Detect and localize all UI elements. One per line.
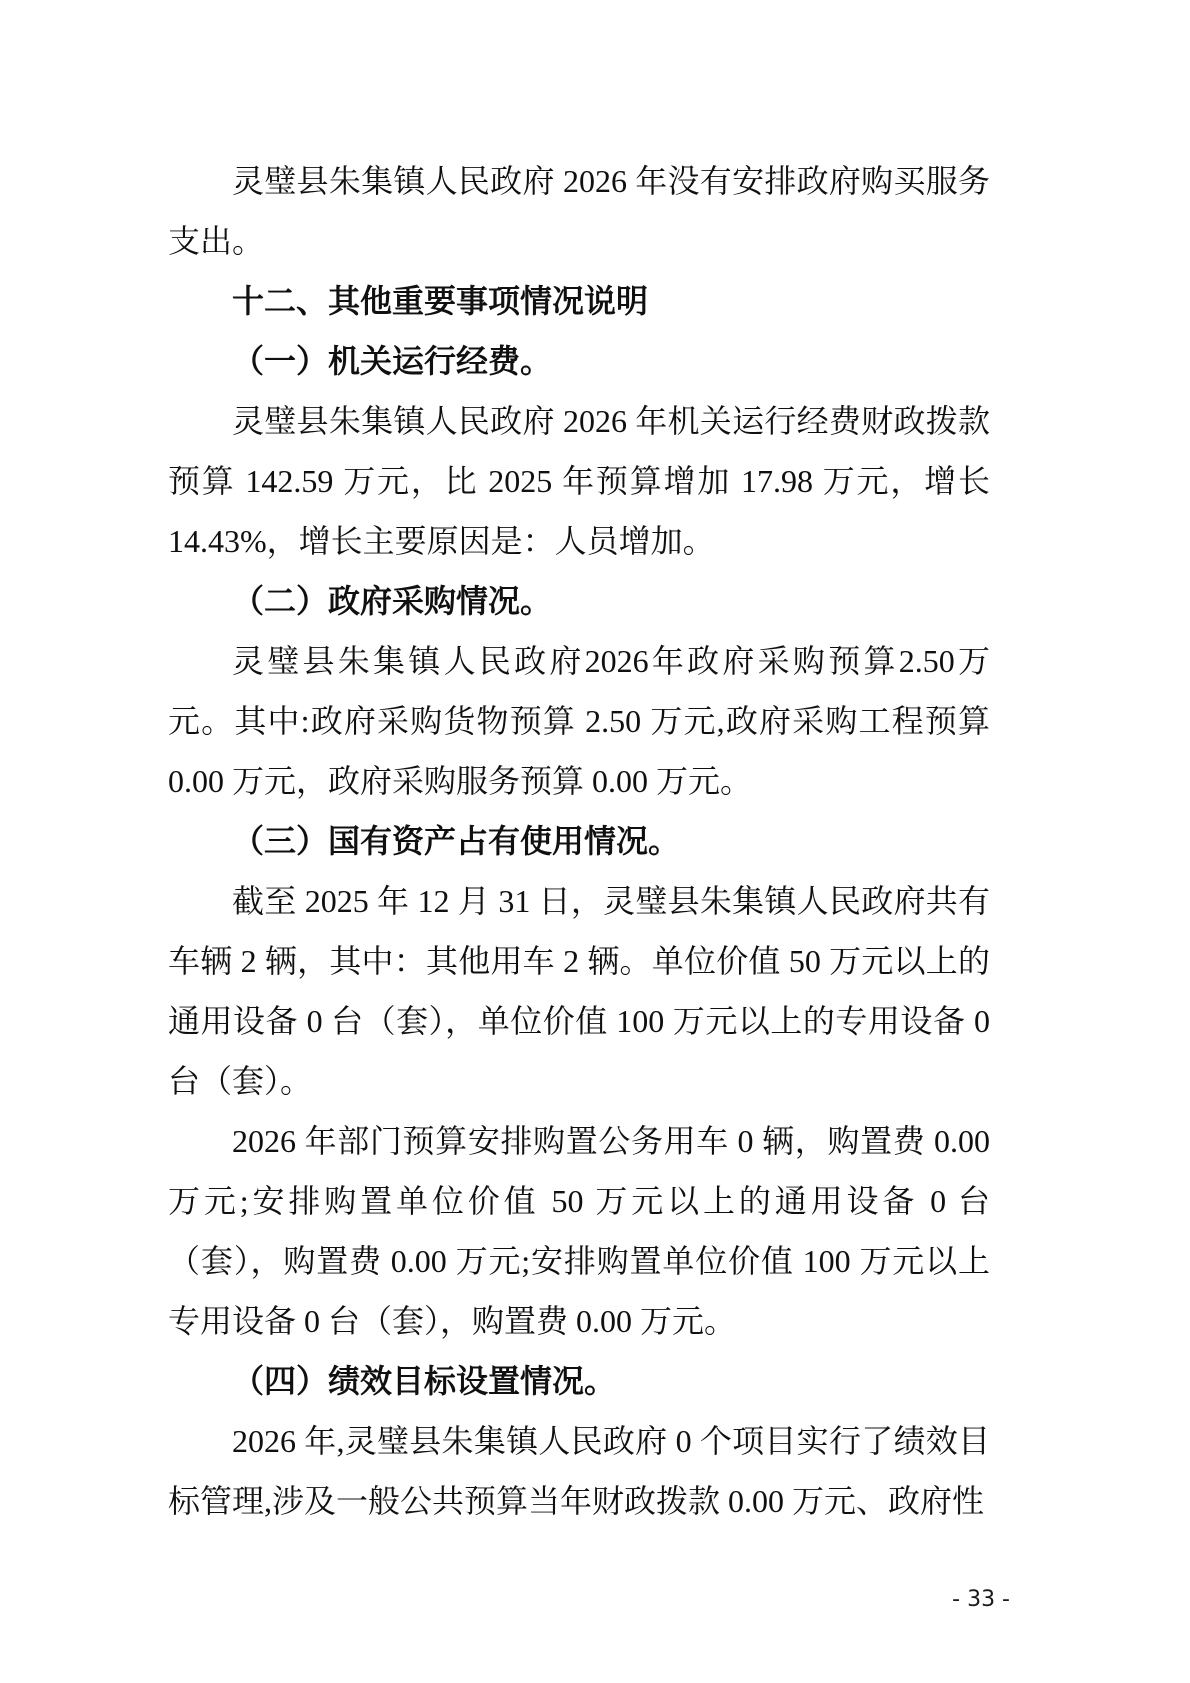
document-page: 灵璧县朱集镇人民政府 2026 年没有安排政府购买服务支出。 十二、其他重要事项…: [0, 0, 1190, 1683]
subsection-heading-2-government-procurement: （二）政府采购情况。: [168, 571, 990, 631]
document-body: 灵璧县朱集镇人民政府 2026 年没有安排政府购买服务支出。 十二、其他重要事项…: [168, 151, 990, 1531]
paragraph-government-procurement: 灵璧县朱集镇人民政府2026年政府采购预算2.50万元。其中:政府采购货物预算 …: [168, 631, 990, 811]
paragraph-state-assets-current: 截至 2025 年 12 月 31 日，灵璧县朱集镇人民政府共有车辆 2 辆，其…: [168, 871, 990, 1111]
paragraph-performance-targets: 2026 年,灵璧县朱集镇人民政府 0 个项目实行了绩效目标管理,涉及一般公共预…: [168, 1411, 990, 1531]
paragraph-no-purchase-service: 灵璧县朱集镇人民政府 2026 年没有安排政府购买服务支出。: [168, 151, 990, 271]
section-heading-12-other-important-matters: 十二、其他重要事项情况说明: [168, 271, 990, 331]
subsection-heading-3-state-assets: （三）国有资产占有使用情况。: [168, 811, 990, 871]
page-number: - 33 -: [952, 1588, 1010, 1612]
subsection-heading-4-performance-targets: （四）绩效目标设置情况。: [168, 1351, 990, 1411]
paragraph-operating-funds: 灵璧县朱集镇人民政府 2026 年机关运行经费财政拨款预算 142.59 万元，…: [168, 391, 990, 571]
subsection-heading-1-operating-funds: （一）机关运行经费。: [168, 331, 990, 391]
paragraph-state-assets-planned: 2026 年部门预算安排购置公务用车 0 辆，购置费 0.00 万元;安排购置单…: [168, 1111, 990, 1351]
